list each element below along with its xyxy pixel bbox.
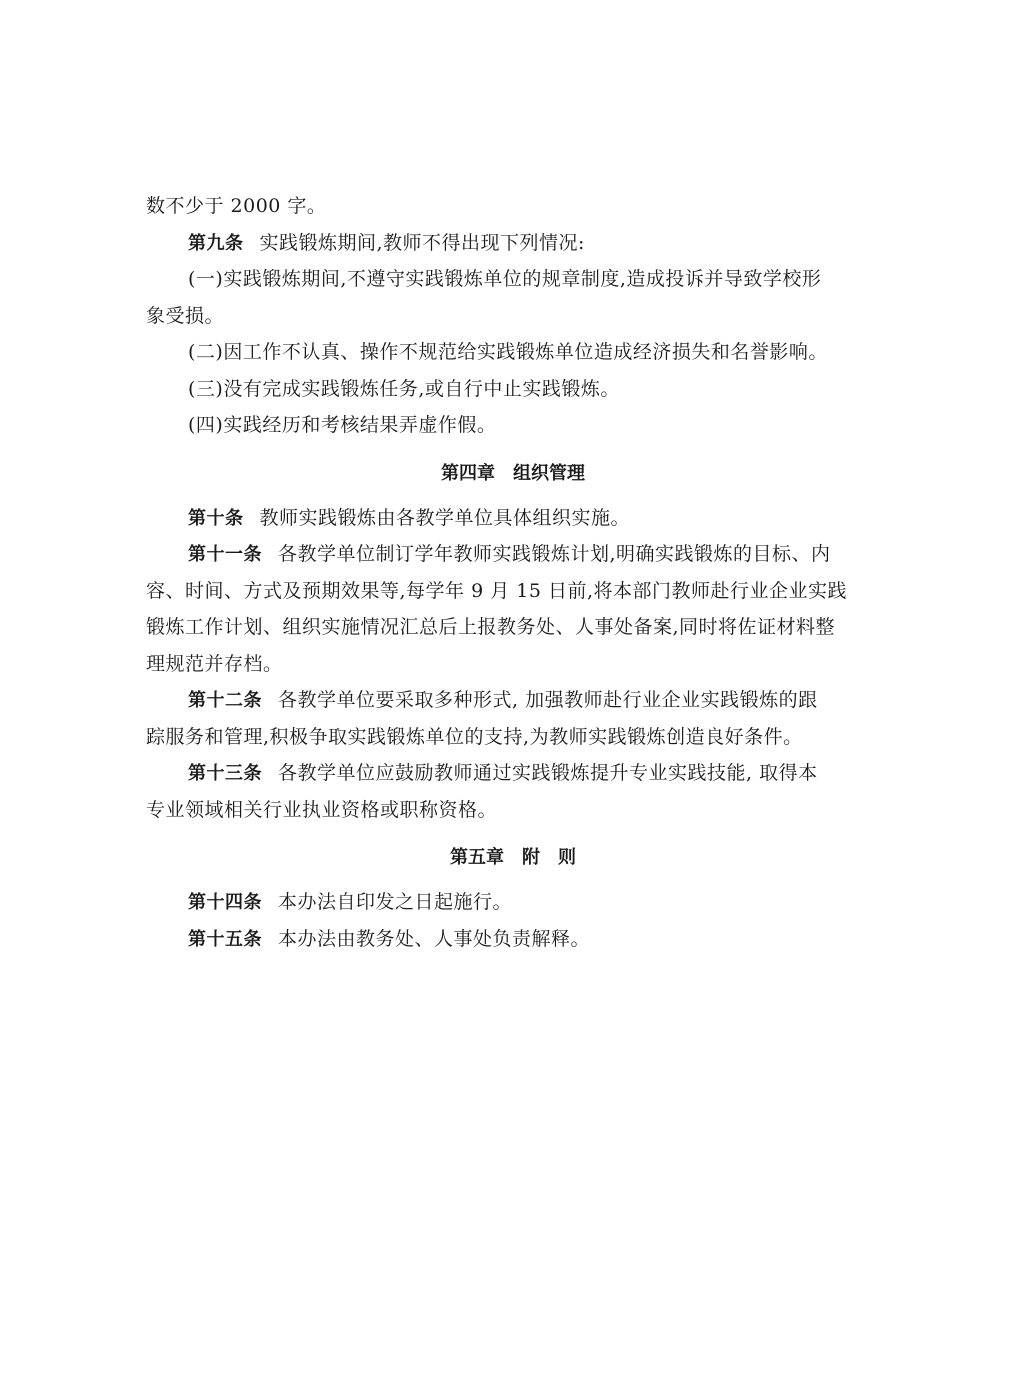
article-13: 第十三条各教学单位应鼓励教师通过实践锻炼提升专业实践技能, 取得本 (146, 755, 880, 792)
article-13-line-2: 专业领域相关行业执业资格或职称资格。 (146, 792, 880, 829)
list-item-1: (一)实践锻炼期间,不遵守实践锻炼单位的规章制度,造成投诉并导致学校形 (146, 261, 880, 298)
article-14: 第十四条本办法自印发之日起施行。 (146, 884, 880, 921)
article-text: 各教学单位应鼓励教师通过实践锻炼提升专业实践技能, 取得本 (278, 762, 818, 784)
article-label: 第十三条 (188, 763, 262, 784)
article-label: 第十一条 (188, 544, 262, 565)
article-12: 第十二条各教学单位要采取多种形式, 加强教师赴行业企业实践锻炼的跟 (146, 682, 880, 719)
paragraph-line: 数不少于 2000 字。 (146, 188, 880, 225)
article-label: 第九条 (188, 233, 244, 254)
article-text: 各教学单位要采取多种形式, 加强教师赴行业企业实践锻炼的跟 (278, 689, 818, 711)
article-text: 教师实践锻炼由各教学单位具体组织实施。 (260, 507, 631, 529)
article-label: 第十四条 (188, 892, 262, 913)
article-text: 本办法由教务处、人事处负责解释。 (278, 928, 590, 950)
chapter-5-heading: 第五章 附 则 (146, 832, 880, 884)
article-label: 第十条 (188, 508, 244, 529)
list-item-2: (二)因工作不认真、操作不规范给实践锻炼单位造成经济损失和名誉影响。 (146, 334, 880, 371)
article-text: 本办法自印发之日起施行。 (278, 891, 512, 913)
list-item-4: (四)实践经历和考核结果弄虚作假。 (146, 407, 880, 444)
article-9: 第九条实践锻炼期间,教师不得出现下列情况: (146, 225, 880, 262)
article-15: 第十五条本办法由教务处、人事处负责解释。 (146, 921, 880, 958)
list-item-1-cont: 象受损。 (146, 298, 880, 335)
article-11-line-3: 锻炼工作计划、组织实施情况汇总后上报教务处、人事处备案,同时将佐证材料整 (146, 609, 880, 646)
document-page: 数不少于 2000 字。 第九条实践锻炼期间,教师不得出现下列情况: (一)实践… (146, 188, 880, 957)
article-text: 实践锻炼期间,教师不得出现下列情况: (260, 232, 585, 254)
chapter-4-heading: 第四章 组织管理 (146, 448, 880, 500)
article-11-line-4: 理规范并存档。 (146, 646, 880, 683)
list-item-3: (三)没有完成实践锻炼任务,或自行中止实践锻炼。 (146, 371, 880, 408)
article-text: 各教学单位制订学年教师实践锻炼计划,明确实践锻炼的目标、内 (278, 543, 831, 565)
article-11-line-2: 容、时间、方式及预期效果等,每学年 9 月 15 日前,将本部门教师赴行业企业实… (146, 573, 880, 610)
article-11: 第十一条各教学单位制订学年教师实践锻炼计划,明确实践锻炼的目标、内 (146, 536, 880, 573)
article-10: 第十条教师实践锻炼由各教学单位具体组织实施。 (146, 500, 880, 537)
article-12-line-2: 踪服务和管理,积极争取实践锻炼单位的支持,为教师实践锻炼创造良好条件。 (146, 719, 880, 756)
article-label: 第十二条 (188, 690, 262, 711)
article-label: 第十五条 (188, 929, 262, 950)
